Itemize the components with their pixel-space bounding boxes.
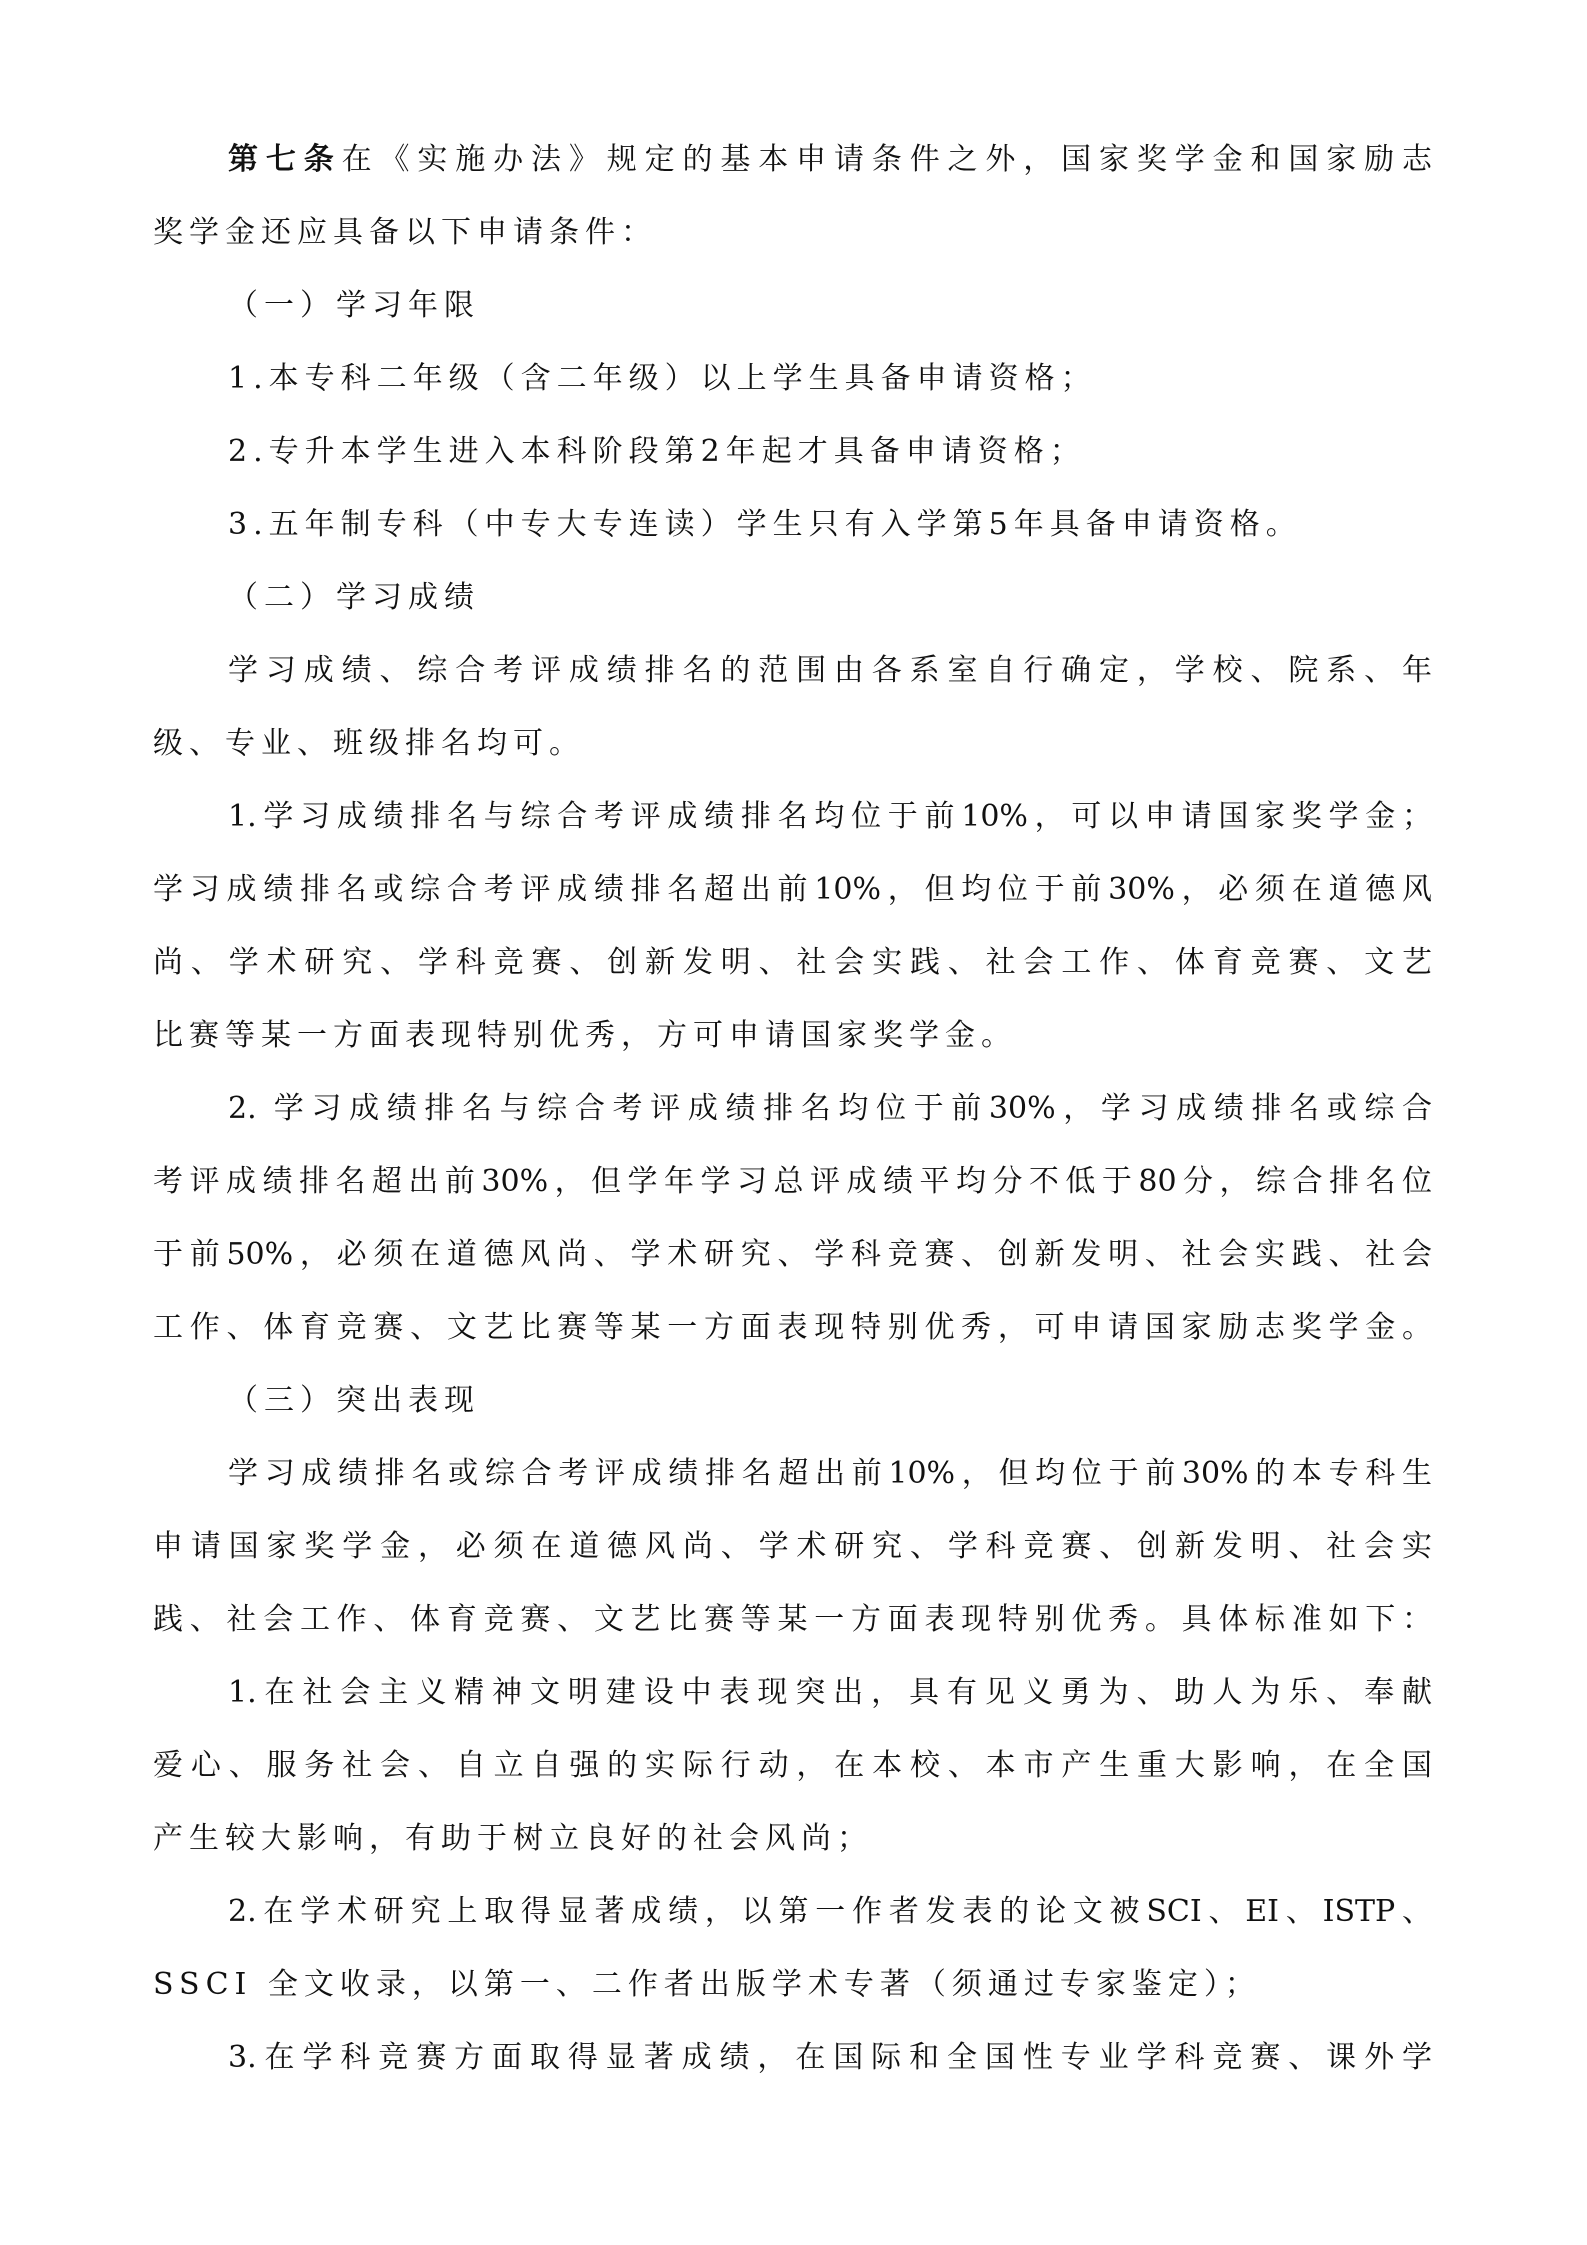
text-line: 于前50%，必须在道德风尚、学术研究、学科竞赛、创新发明、社会实践、社会 — [153, 1218, 1432, 1291]
text-line: 考评成绩排名超出前30%，但学年学习总评成绩平均分不低于80分，综合排名位 — [153, 1145, 1432, 1218]
text-line: 学习成绩排名或综合考评成绩排名超出前10%，但均位于前30%的本专科生 — [228, 1437, 1432, 1510]
document-page: 第七条在《实施办法》规定的基本申请条件之外，国家奖学金和国家励志 奖学金还应具备… — [0, 0, 1587, 2245]
text-line: 爱心、服务社会、自立自强的实际行动，在本校、本市产生重大影响，在全国 — [153, 1729, 1432, 1802]
text-line: 践、社会工作、体育竞赛、文艺比赛等某一方面表现特别优秀。具体标准如下： — [153, 1583, 1432, 1656]
section-heading-outstanding-performance: （三）突出表现 — [228, 1364, 1432, 1437]
list-item: 3.在学科竞赛方面取得显著成绩，在国际和全国性专业学科竞赛、课外学 — [228, 2021, 1432, 2094]
text-line: 级、专业、班级排名均可。 — [153, 707, 1432, 780]
article-7-intro-line: 第七条在《实施办法》规定的基本申请条件之外，国家奖学金和国家励志 — [228, 123, 1432, 196]
text-line: 比赛等某一方面表现特别优秀，方可申请国家奖学金。 — [153, 999, 1432, 1072]
list-item: 1.本专科二年级（含二年级）以上学生具备申请资格； — [228, 342, 1432, 415]
text-line: 申请国家奖学金，必须在道德风尚、学术研究、学科竞赛、创新发明、社会实 — [153, 1510, 1432, 1583]
list-item: 1.学习成绩排名与综合考评成绩排名均位于前10%，可以申请国家奖学金； — [228, 780, 1432, 853]
section-heading-study-years: （一）学习年限 — [228, 269, 1432, 342]
list-item: 3.五年制专科（中专大专连读）学生只有入学第5年具备申请资格。 — [228, 488, 1432, 561]
text-line: 奖学金还应具备以下申请条件： — [153, 196, 1432, 269]
text-line: 尚、学术研究、学科竞赛、创新发明、社会实践、社会工作、体育竞赛、文艺 — [153, 926, 1432, 999]
line-text: 在《实施办法》规定的基本申请条件之外，国家奖学金和国家励志 — [342, 142, 1432, 177]
text-line: 工作、体育竞赛、文艺比赛等某一方面表现特别优秀，可申请国家励志奖学金。 — [153, 1291, 1432, 1364]
text-line: 学习成绩、综合考评成绩排名的范围由各系室自行确定，学校、院系、年 — [228, 634, 1432, 707]
article-label: 第七条 — [228, 142, 342, 177]
list-item: 1.在社会主义精神文明建设中表现突出，具有见义勇为、助人为乐、奉献 — [228, 1656, 1432, 1729]
list-item: 2.在学术研究上取得显著成绩，以第一作者发表的论文被SCI、EI、ISTP、 — [228, 1875, 1432, 1948]
text-line: 产生较大影响，有助于树立良好的社会风尚； — [153, 1802, 1432, 1875]
list-item: 2. 学习成绩排名与综合考评成绩排名均位于前30%，学习成绩排名或综合 — [228, 1072, 1432, 1145]
list-item: 2.专升本学生进入本科阶段第2年起才具备申请资格； — [228, 415, 1432, 488]
text-line: SSCI 全文收录，以第一、二作者出版学术专著（须通过专家鉴定）； — [153, 1948, 1432, 2021]
section-heading-academic-performance: （二）学习成绩 — [228, 561, 1432, 634]
text-line: 学习成绩排名或综合考评成绩排名超出前10%，但均位于前30%，必须在道德风 — [153, 853, 1432, 926]
